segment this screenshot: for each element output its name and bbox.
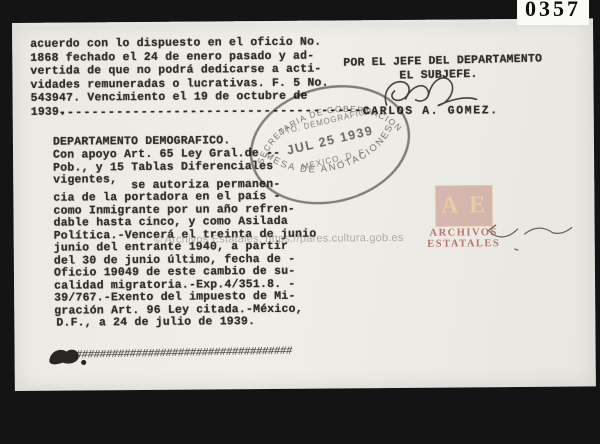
ink-blot-initials xyxy=(45,345,91,369)
logo-letter-a: A xyxy=(437,187,465,224)
document-page: acuerdo con lo dispuesto en el oficio No… xyxy=(12,18,596,391)
typed-line: Pob., y 15 Tablas Diferenciales xyxy=(53,160,273,174)
typed-line: acuerdo con lo dispuesto en el oficio No… xyxy=(30,37,321,51)
handwritten-signature xyxy=(378,72,483,115)
signatory-title-line: POR EL JEFE DEL DEPARTAMENTO xyxy=(343,53,542,69)
page-number: 0357 xyxy=(517,0,589,22)
scanned-document-photo: { "page_label": { "number": "0357" }, "w… xyxy=(0,0,600,444)
typed-line: vigentes, xyxy=(53,174,117,187)
typed-line: vertida de que no podrá dedicarse a acti… xyxy=(30,64,321,78)
typed-line: D.F., a 24 de julio de 1939. xyxy=(56,316,255,330)
typed-hash-fill-row: #################################### xyxy=(75,346,293,362)
ae-logo-icon: A E xyxy=(435,185,492,226)
archive-page-number-tab: 0357 xyxy=(517,0,589,25)
pen-squiggle-marks xyxy=(485,218,585,254)
